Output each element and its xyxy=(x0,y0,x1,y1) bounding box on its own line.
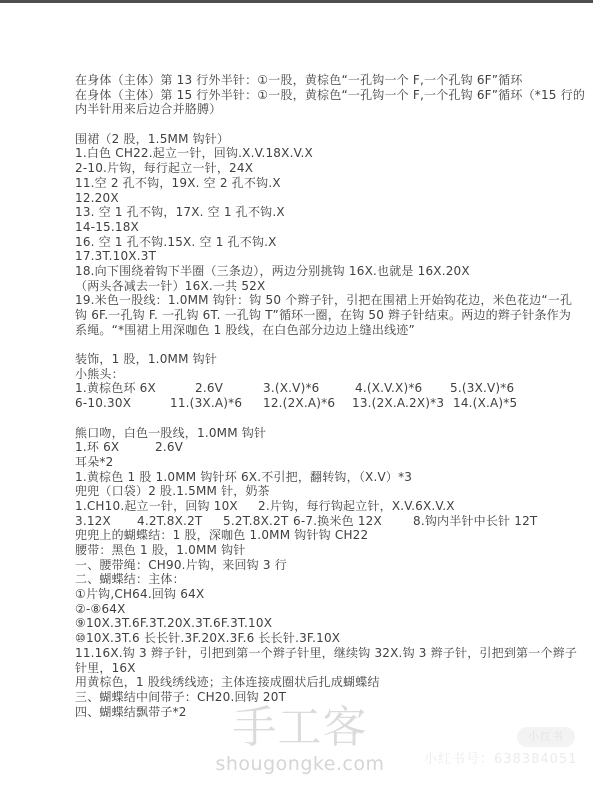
doc-line: ⑩10X.3T.6 长长针.3F.20X.3F.6 长长针.3F.10X xyxy=(75,631,580,646)
doc-line: 11.16X.钩 3 辫子针，引把到第一个辫子针里，继续钩 32X.钩 3 辫子… xyxy=(75,646,580,661)
doc-line: 1.白色 CH22.起立一针，回钩.X.V.18X.V.X xyxy=(75,146,580,161)
doc-line: 兜兜上的蝴蝶结：1 股，深咖色 1.0MM 钩针钩 CH22 xyxy=(75,528,580,543)
doc-cell: 6-7.换米色 12X xyxy=(293,514,413,529)
xiaohongshu-account-watermark: 小红书号：638384051 xyxy=(424,752,590,768)
scanned-pattern-page: { "colors": { "text": "#404040", "waterm… xyxy=(0,0,593,790)
doc-line: 熊口吻，白色一股线，1.0MM 钩针 xyxy=(75,426,580,441)
doc-line: 18.向下围绕着钩下半圈（三条边），两边分别挑钩 16X.也就是 16X.20X xyxy=(75,264,580,279)
doc-line: 四、蝴蝶结飘带子*2 xyxy=(75,705,580,720)
xiaohongshu-badge: 小红书 xyxy=(517,727,575,747)
doc-line: 在身体（主体）第 15 行外半针：①一股，黄棕色“一孔钩一个 F,一个孔钩 6F… xyxy=(75,88,580,103)
doc-line: 2-10.片钩，每行起立一针，24X xyxy=(75,161,580,176)
doc-line: 6-10.30X11.(3X.A)*612.(2X.A)*613.(2X.A.2… xyxy=(75,396,580,411)
document-body: 在身体（主体）第 13 行外半针：①一股，黄棕色“一孔钩一个 F,一个孔钩 6F… xyxy=(75,73,580,719)
doc-line: 钩 6F.一孔钩 F. 一孔钩 6T. 一孔钩 T”循环一圈，在钩 50 辫子针… xyxy=(75,308,580,323)
doc-line: 12.20X xyxy=(75,191,580,206)
doc-cell: 4.2T.8X.2T xyxy=(137,514,223,529)
doc-line: 在身体（主体）第 13 行外半针：①一股，黄棕色“一孔钩一个 F,一个孔钩 6F… xyxy=(75,73,580,88)
doc-cell: 2.6V xyxy=(155,440,183,455)
doc-line: 13. 空 1 孔不钩，17X. 空 1 孔不钩.X xyxy=(75,205,580,220)
doc-cell: 4.(X.V.X)*6 xyxy=(355,381,450,396)
doc-line: 系绳。“*围裙上用深咖色 1 股线，在白色部分边边上缝出线迹” xyxy=(75,323,580,338)
doc-blank-line xyxy=(75,411,580,426)
doc-line: 一、腰带绳：CH90.片钩，来回钩 3 行 xyxy=(75,558,580,573)
doc-cell: 6-10.30X xyxy=(75,396,170,411)
doc-line: 1.CH10.起立一针，回钩 10X2.片钩，每行钩起立针，X.V.6X.V.X xyxy=(75,499,580,514)
doc-cell: 2.片钩，每行钩起立针，X.V.6X.V.X xyxy=(258,499,455,514)
doc-line: ①片钩,CH64.回钩 64X xyxy=(75,587,580,602)
doc-line: 小熊头： xyxy=(75,367,580,382)
doc-line: 1.环 6X2.6V xyxy=(75,440,580,455)
doc-line: 19.米色一股线：1.0MM 钩针：钩 50 个辫子针，引把在围裙上开始钩花边，… xyxy=(75,293,580,308)
doc-cell: 5.2T.8X.2T xyxy=(223,514,293,529)
doc-line: 内半针用来后边合并胳膊） xyxy=(75,102,580,117)
doc-cell: 1.环 6X xyxy=(75,440,155,455)
doc-line: 三、蝴蝶结中间带子：CH20.回钩 20T xyxy=(75,690,580,705)
doc-line: 17.3T.10X.3T xyxy=(75,249,580,264)
doc-line: 二、蝴蝶结：主体： xyxy=(75,572,580,587)
doc-cell: 1.黄棕色环 6X xyxy=(75,381,195,396)
doc-line: 耳朵*2 xyxy=(75,455,580,470)
top-edge-strip xyxy=(0,0,593,3)
doc-blank-line xyxy=(75,337,580,352)
doc-cell: 11.(3X.A)*6 xyxy=(170,396,263,411)
doc-cell: 2.6V xyxy=(195,381,263,396)
doc-line: 针里，16X xyxy=(75,661,580,676)
doc-line: 1.黄棕色环 6X2.6V3.(X.V)*64.(X.V.X)*65.(3X.V… xyxy=(75,381,580,396)
doc-line: ②-⑧64X xyxy=(75,602,580,617)
doc-cell: 14.(X.A)*5 xyxy=(453,396,517,411)
doc-cell: 12.(2X.A)*6 xyxy=(263,396,352,411)
doc-line: ⑨10X.3T.6F.3T.20X.3T.6F.3T.10X xyxy=(75,616,580,631)
doc-line: 兜兜（口袋）2 股.1.5MM 针，奶茶 xyxy=(75,484,580,499)
doc-line: （两头各减去一针）16X.一共 52X xyxy=(75,279,580,294)
doc-cell: 3.(X.V)*6 xyxy=(263,381,355,396)
doc-line: 3.12X4.2T.8X.2T5.2T.8X.2T6-7.换米色 12X8.钩内… xyxy=(75,514,580,529)
doc-line: 腰带：黑色 1 股，1.0MM 钩针 xyxy=(75,543,580,558)
doc-line: 用黄棕色，1 股线绣线迹；主体连接成圈状后扎成蝴蝶结 xyxy=(75,675,580,690)
doc-cell: 8.钩内半针中长针 12T xyxy=(413,514,537,529)
doc-cell: 5.(3X.V)*6 xyxy=(450,381,514,396)
doc-line: 16. 空 1 孔不钩.15X. 空 1 孔不钩.X xyxy=(75,235,580,250)
doc-line: 14-15.18X xyxy=(75,220,580,235)
doc-blank-line xyxy=(75,117,580,132)
doc-line: 1.黄棕色 1 股 1.0MM 钩针环 6X.不引把，翻转钩，（X.V）*3 xyxy=(75,470,580,485)
watermark-site-url: shougongke.com xyxy=(215,754,385,774)
doc-line: 装饰，1 股，1.0MM 钩针 xyxy=(75,352,580,367)
doc-cell: 3.12X xyxy=(75,514,137,529)
doc-cell: 13.(2X.A.2X)*3 xyxy=(352,396,453,411)
doc-line: 围裙（2 股，1.5MM 钩针） xyxy=(75,132,580,147)
doc-cell: 1.CH10.起立一针，回钩 10X xyxy=(75,499,258,514)
doc-line: 11.空 2 孔不钩，19X. 空 2 孔不钩.X xyxy=(75,176,580,191)
